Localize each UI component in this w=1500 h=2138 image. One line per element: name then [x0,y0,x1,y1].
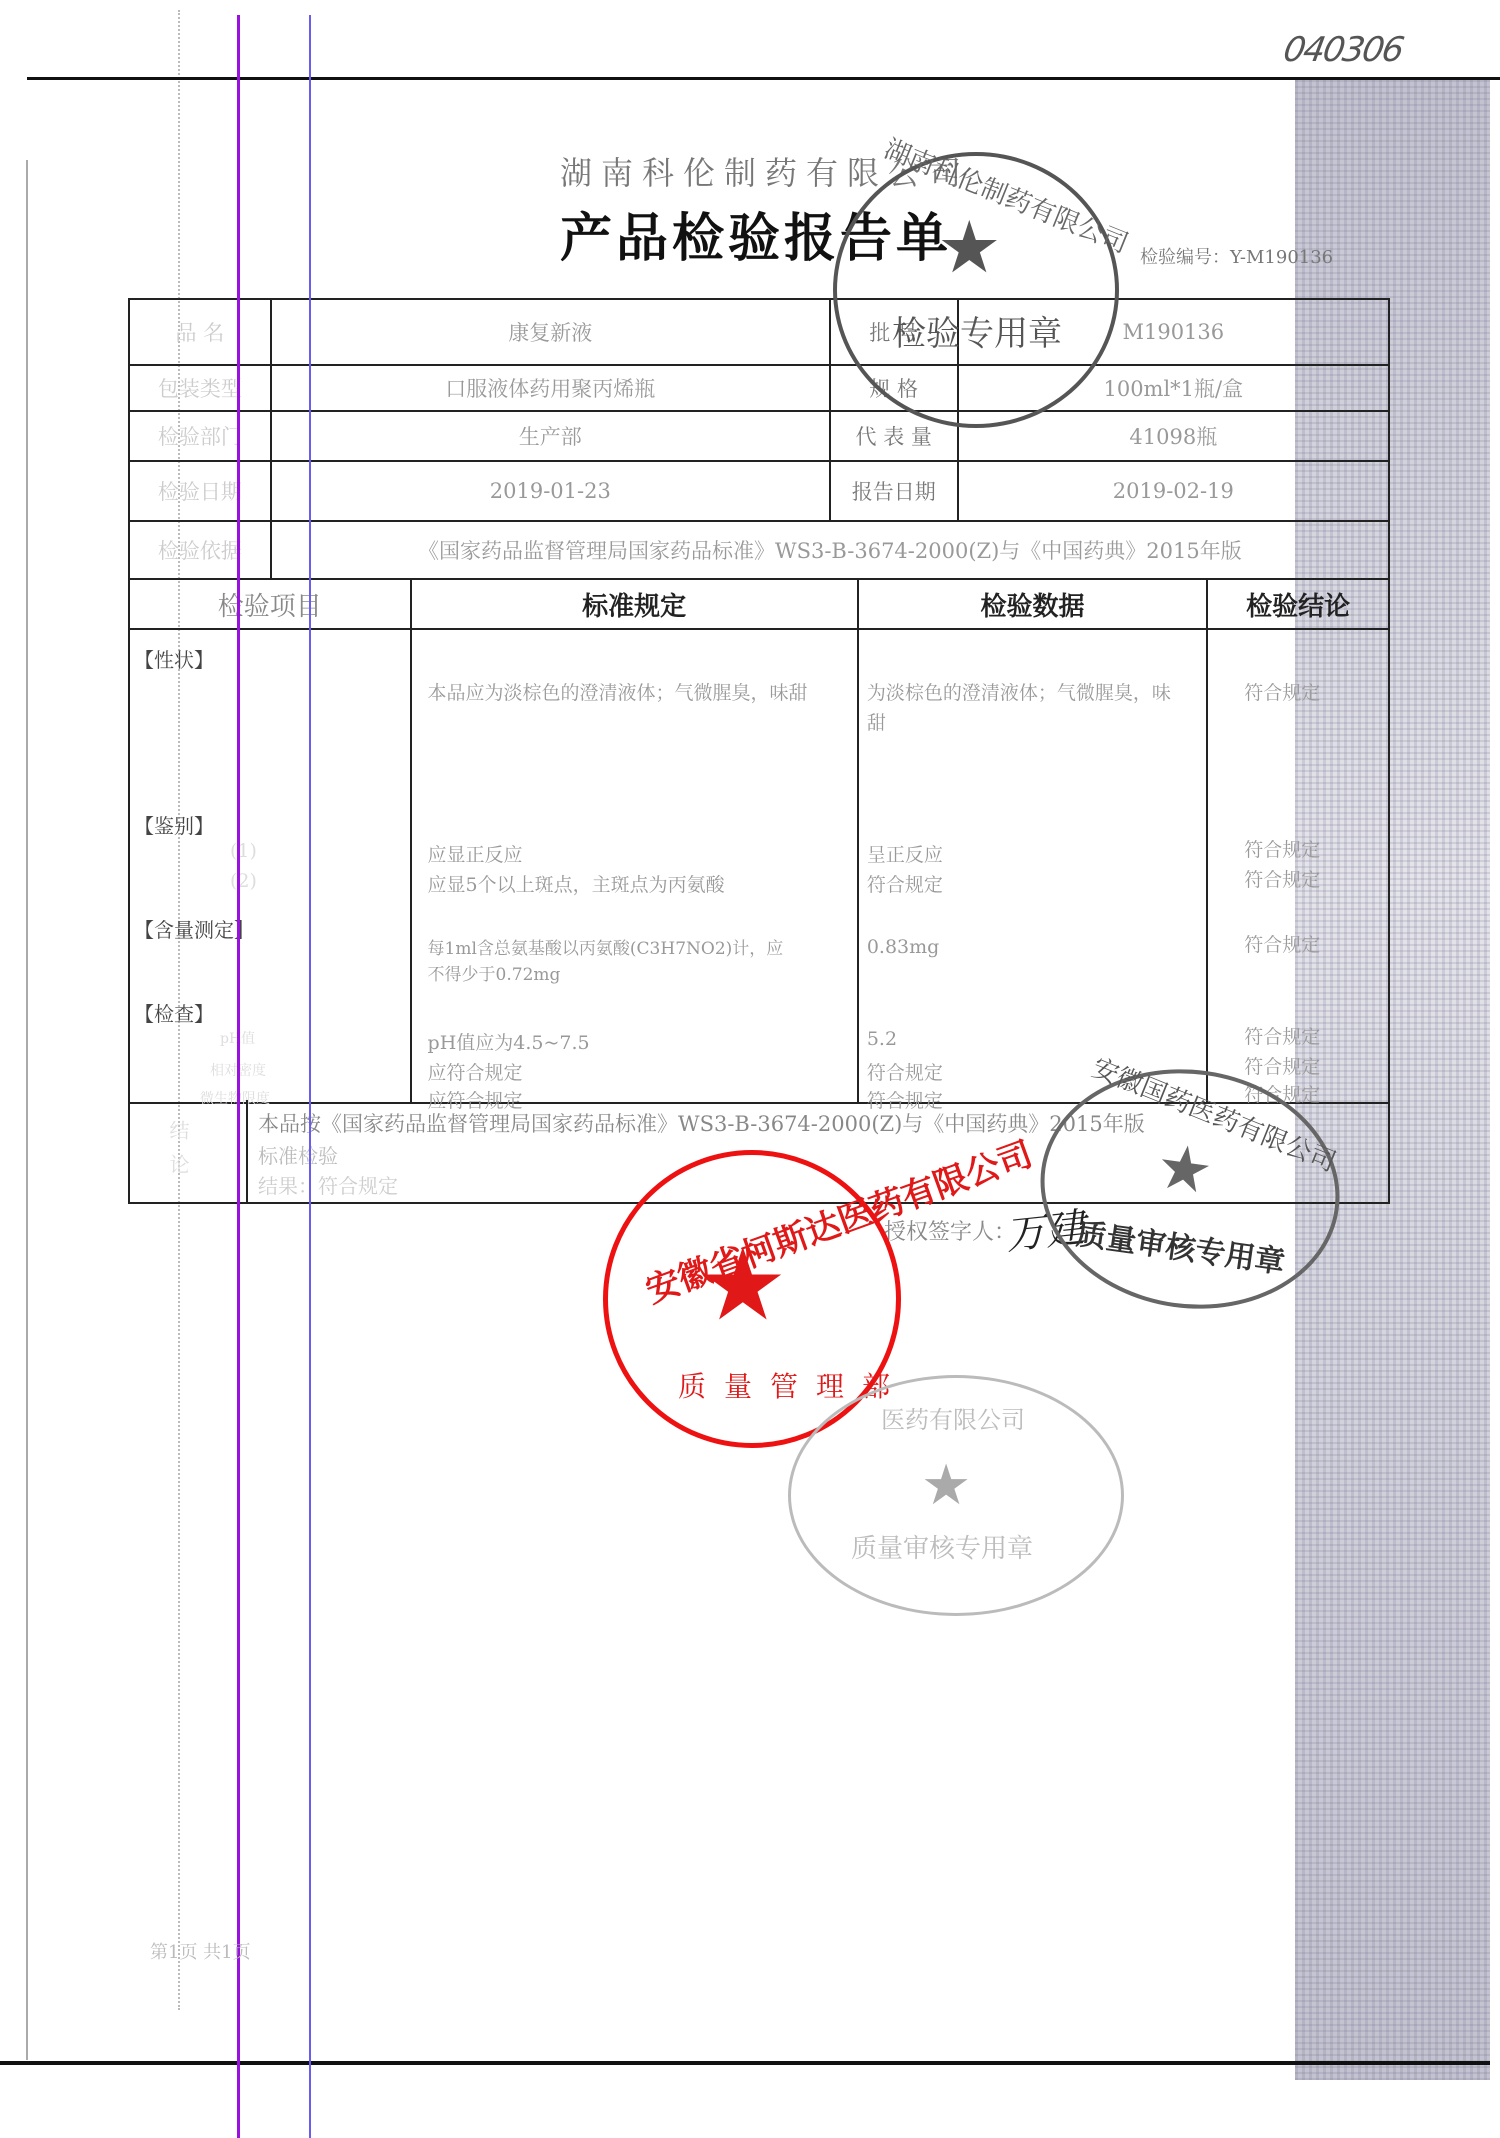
scan-line-purple [237,15,240,2138]
conclusion-line: 标准检验 [258,1140,338,1169]
item-name: (1) [230,840,257,862]
header-standard: 标准规定 [411,579,858,629]
handwritten-number: 040306 [1280,30,1405,70]
standard-text: pH值应为4.5~7.5 [428,1028,590,1055]
report-number: 检验编号：Y-M190136 [1140,243,1333,269]
conclusion-line: 结果：符合规定 [258,1170,398,1199]
inspection-items-table: 检验项目 标准规定 检验数据 检验结论 【性状】 【鉴别】 (1) (2) 【含… [128,578,1390,1104]
stamp-manufacturer: 湖南科伦制药有限公司 ★ 检验专用章 [833,152,1119,428]
stamp-text: 湖南科伦制药有限公司 [880,129,1135,261]
scan-line-blue [309,15,311,2138]
star-icon: ★ [937,211,1002,283]
data-text: 符合规定 [867,870,943,897]
category-label: 【鉴别】 [134,810,214,839]
page-bottom-rule [0,2061,1490,2065]
standard-text: 每1ml含总氨基酸以丙氨酸(C3H7NO2)计，应不得少于0.72mg [428,936,788,988]
result-text: 符合规定 [1244,1052,1320,1079]
star-icon: ★ [921,1458,971,1514]
items-col-data: 为淡棕色的澄清液体；气微腥臭，味甜 呈正反应 符合规定 0.83mg 5.2 符… [859,630,1206,1102]
header-item: 检验项目 [129,579,411,629]
scan-left-edge [26,160,28,2060]
header-result: 检验结论 [1207,579,1389,629]
star-icon: ★ [698,1235,788,1335]
info-label: 报告日期 [830,461,958,521]
info-row: 包装类型 口服液体药用聚丙烯瓶 规 格 100ml*1瓶/盒 [129,365,1389,411]
result-text: 符合规定 [1244,1022,1320,1049]
standard-text: 应显5个以上斑点，主斑点为丙氨酸 [428,870,725,897]
info-label: 检验日期 [129,461,271,521]
info-value: 口服液体药用聚丙烯瓶 [271,365,830,411]
header-data: 检验数据 [858,579,1207,629]
stamp-subtext: 检验专用章 [892,306,1062,355]
standard-label: 检验依据 [129,521,271,579]
result-text: 符合规定 [1244,865,1320,892]
page-footer: 第1页 共1页 [150,1938,251,1964]
standard-value: 《国家药品监督管理局国家药品标准》WS3-B-3674-2000(Z)与《中国药… [271,521,1389,579]
standard-text: 应显正反应 [428,840,523,867]
data-text: 为淡棕色的澄清液体；气微腥臭，味甜 [867,678,1187,738]
info-value: 生产部 [271,411,830,461]
conclusion-label: 结论 [164,1120,193,1188]
data-text: 5.2 [867,1028,897,1050]
stamp-text: 医药有限公司 [881,1400,1025,1435]
info-table: 品 名 康复新液 批 号 M190136 包装类型 口服液体药用聚丙烯瓶 规 格… [128,298,1390,580]
info-label: 检验部门 [129,411,271,461]
items-col-result: 符合规定 符合规定 符合规定 符合规定 符合规定 符合规定 符合规定 [1208,630,1388,1102]
report-number-value: Y-M190136 [1230,247,1333,268]
info-row-standard: 检验依据 《国家药品监督管理局国家药品标准》WS3-B-3674-2000(Z)… [129,521,1389,579]
data-text: 符合规定 [867,1058,943,1085]
info-value: 2019-01-23 [271,461,830,521]
stamp-subtext: 质量审核专用章 [851,1528,1033,1565]
report-number-label: 检验编号： [1140,247,1230,268]
star-icon: ★ [1153,1134,1217,1203]
result-text: 符合规定 [1244,678,1320,705]
category-label: 【性状】 [134,644,214,673]
standard-text: 本品应为淡棕色的澄清液体；气微腥臭，味甜 [428,678,828,708]
info-row: 品 名 康复新液 批 号 M190136 [129,299,1389,365]
info-value: 2019-02-19 [958,461,1389,521]
items-header-row: 检验项目 标准规定 检验数据 检验结论 [129,579,1389,629]
conclusion-label-cell: 结论 [130,1100,248,1202]
stamp-subtext: 质量审核专用章 [1074,1209,1288,1282]
items-col-standard: 本品应为淡棕色的澄清液体；气微腥臭，味甜 应显正反应 应显5个以上斑点，主斑点为… [412,630,857,1102]
info-label: 包装类型 [129,365,271,411]
result-text: 符合规定 [1244,930,1320,957]
data-text: 0.83mg [867,936,939,958]
category-label: 【检查】 [134,998,214,1027]
stamp-faint: 医药有限公司 ★ 质量审核专用章 [788,1375,1124,1616]
data-text: 呈正反应 [867,840,943,867]
items-col-names: 【性状】 【鉴别】 (1) (2) 【含量测定】 【检查】 pH值 相对密度 微… [130,630,410,1102]
info-label: 品 名 [129,299,271,365]
info-value: 康复新液 [271,299,830,365]
page-top-rule [27,77,1500,80]
info-row: 检验部门 生产部 代 表 量 41098瓶 [129,411,1389,461]
info-row: 检验日期 2019-01-23 报告日期 2019-02-19 [129,461,1389,521]
category-label: 【含量测定】 [134,914,254,943]
item-name: (2) [230,870,257,892]
items-body-row: 【性状】 【鉴别】 (1) (2) 【含量测定】 【检查】 pH值 相对密度 微… [129,629,1389,1103]
standard-text: 应符合规定 [428,1058,523,1085]
result-text: 符合规定 [1244,835,1320,862]
